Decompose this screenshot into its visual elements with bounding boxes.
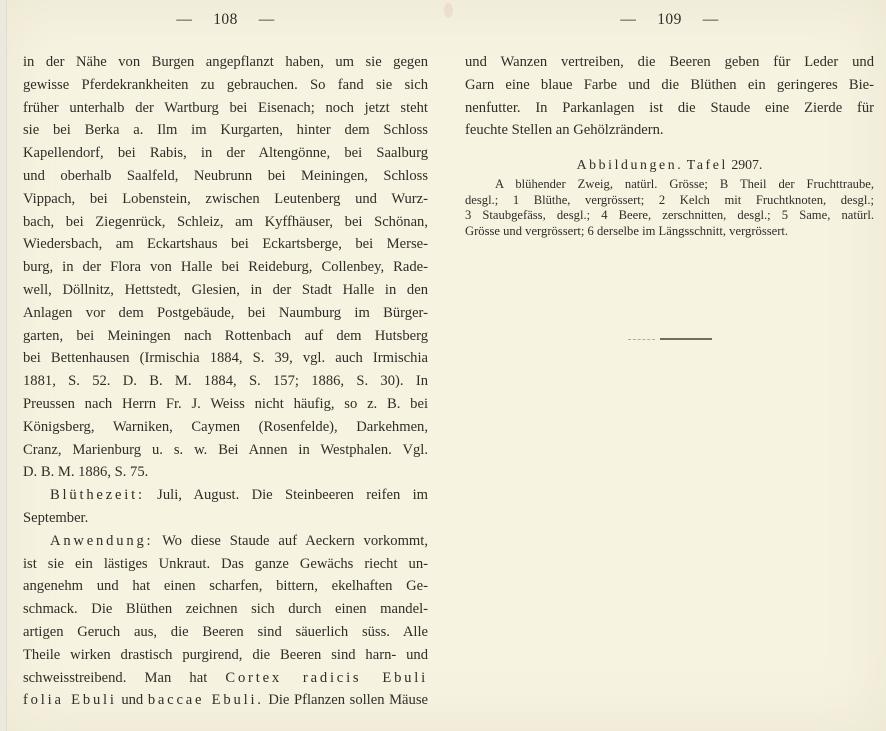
page-109-text: und Wanzen vertreiben, die Beeren geben … [465,51,874,142]
figure-heading: Abbildungen. Tafel 2907. [465,157,874,173]
text-line: folia Ebuli und baccae Ebuli. Die Pflanz… [23,689,428,712]
header-dash: — [176,11,192,28]
text-line: artigen Geruch aus, die Beeren sind säue… [23,621,428,644]
page-108-header: —108— [23,11,428,29]
text-line: burg, in der Flora von Halle bei Reidebu… [23,256,428,279]
text-line: früher unterhalb der Wartburg bei Eisena… [23,97,428,120]
page-108: —108— in der Nähe von Burgen angepflanzt… [23,0,428,731]
text-line: garten, bei Meiningen nach Rottenbach au… [23,325,428,348]
text-line: 1881, S. 52. D. B. M. 1884, S. 157; 1886… [23,370,428,393]
text-line: schweisstreibend. Man hat Cortex radicis… [23,667,428,690]
text-line: Blüthezeit: Juli, August. Die Steinbeere… [23,484,428,507]
scan-edge-artifact [0,0,7,731]
text-line: well, Döllnitz, Hettstedt, Glesien, in d… [23,279,428,302]
text-line: Wiedersbach, am Eckartshaus bei Eckartsb… [23,233,428,256]
text-line: und Wanzen vertreiben, die Beeren geben … [465,51,874,74]
text-line: Königsberg, Warniken, Caymen (Rosenfelde… [23,416,428,439]
text-line: Theile wirken drastisch purgirend, die B… [23,644,428,667]
text-line: Garn eine blaue Farbe und die Blüthen ei… [465,74,874,97]
divider-dash-long [660,338,712,340]
text-line: A blühender Zweig, natürl. Grösse; B The… [465,177,874,193]
letterspaced-text: baccae Ebuli. [148,692,264,708]
book-spread: —108— in der Nähe von Burgen angepflanzt… [0,0,886,731]
text-line: angenehm und hat einen scharfen, bittern… [23,575,428,598]
text-segment: schweisstreibend. Man hat [23,670,225,686]
letterspaced-text: Tafel [687,157,728,172]
text-segment: Wo diese Staude auf Aeckern vorkommt, [153,533,428,549]
letterspaced-text: Blüthezeit: [50,487,145,503]
header-dash: — [703,11,719,28]
text-line: gewisse Pferdekrankheiten zu gebrauchen.… [23,74,428,97]
text-line: Anlagen vor dem Postgebäude, bei Naumbur… [23,302,428,325]
text-line: bei Bettenhausen (Irmischia 1884, S. 39,… [23,347,428,370]
text-segment: und [117,692,148,708]
text-line: Kapellendorf, bei Rabis, in der Altengön… [23,142,428,165]
text-line: schmack. Die Blüthen zeichnen sich durch… [23,598,428,621]
text-line: September. [23,507,428,530]
header-dash: — [259,11,275,28]
text-line: und oberhalb Saalfeld, Neubrunn bei Mein… [23,165,428,188]
scan-smudge-artifact [444,3,453,18]
text-line: D. B. M. 1886, S. 75. [23,461,428,484]
text-segment: 2907. [728,157,763,172]
section-divider [465,338,874,340]
text-line: desgl.; 1 Blüthe, vergrössert; 2 Kelch m… [465,193,874,209]
letterspaced-text: Abbildungen. [577,157,684,172]
divider-dash-short [628,339,655,340]
text-line: in der Nähe von Burgen angepflanzt haben… [23,51,428,74]
header-dash: — [620,11,636,28]
page-number: 108 [213,11,237,28]
page-number: 109 [657,11,681,28]
text-segment: Die Pflanzen sollen Mäuse [264,692,428,708]
text-line: Cranz, Marienburg u. s. w. Bei Annen in … [23,439,428,462]
page-109-header: —109— [465,11,874,29]
text-line: ist sie ein lästiges Unkraut. Das ganze … [23,553,428,576]
text-line: 3 Staubgefäss, desgl.; 4 Beere, zerschni… [465,208,874,224]
page-109: —109— und Wanzen vertreiben, die Beeren … [465,0,874,731]
text-line: nenfutter. In Parkanlagen ist die Staude… [465,97,874,120]
page-108-text: in der Nähe von Burgen angepflanzt haben… [23,51,428,712]
text-line: bach, bei Ziegenrück, Schleiz, am Kyffhä… [23,211,428,234]
text-line: Vippach, bei Lobenstein, zwischen Leuten… [23,188,428,211]
figure-caption: A blühender Zweig, natürl. Grösse; B The… [465,177,874,240]
letterspaced-text: folia Ebuli [23,692,117,708]
text-line: feuchte Stellen an Gehölzrändern. [465,119,874,142]
text-line: Anwendung: Wo diese Staude auf Aeckern v… [23,530,428,553]
text-line: sie bei Berka a. Ilm im Kurgarten, hinte… [23,119,428,142]
text-segment: Juli, August. Die Steinbeeren reifen im [145,487,428,503]
text-line: Preussen nach Herrn Fr. J. Weiss nicht h… [23,393,428,416]
letterspaced-text: Anwendung: [50,533,153,549]
text-line: Grösse und vergrössert; 6 derselbe im Lä… [465,224,874,240]
